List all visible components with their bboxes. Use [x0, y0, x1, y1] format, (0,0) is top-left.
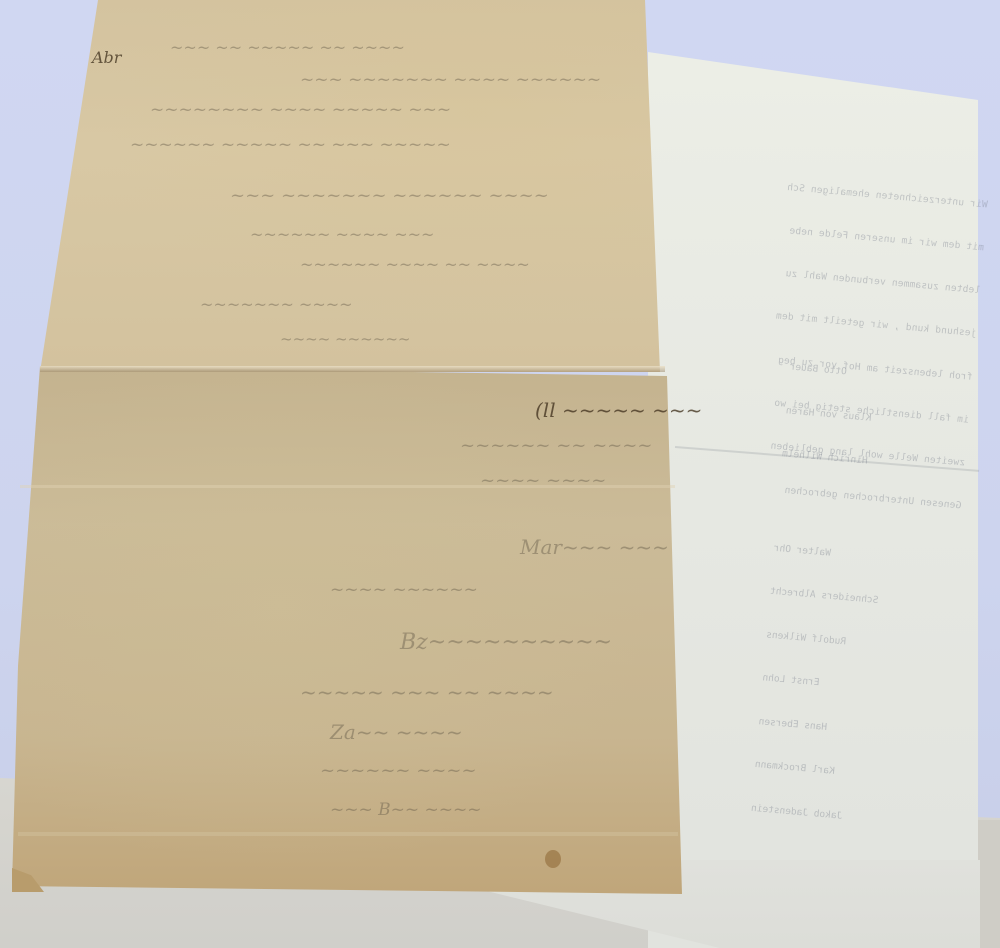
typed-name: Otto Bauer — [789, 360, 960, 389]
handwriting-line: Za~~ ~~~~ — [330, 720, 463, 744]
handwriting-line: ~~~~~~ ~~~~ ~~ ~~~~ — [300, 255, 530, 274]
names-gap — [777, 490, 948, 527]
handwriting-line: ~~~~~~~~ ~~~~ ~~~~~ ~~~ — [150, 100, 451, 120]
handwriting-line: ~~~~~ ~~~ ~~ ~~~~ — [300, 680, 554, 704]
handwriting-line: ~~~ B~~ ~~~~ — [330, 800, 482, 820]
handwriting-line: ~~~~~~~ ~~~~ — [200, 295, 353, 314]
handwriting-line: ~~~~~~ ~~~~ — [320, 760, 477, 781]
typed-line: lebten zusammen verbunden Wahl zu — [661, 257, 981, 299]
typed-name: Klaus von Haren — [785, 404, 956, 433]
handwriting-line: ~~~~~~ ~~~~ ~~~ — [250, 225, 434, 244]
typed-name: Ernst Lohn — [762, 671, 933, 700]
typed-name: Karl Brockmann — [754, 758, 925, 787]
handwriting-line: (ll ~~~~~ ~~~ — [535, 398, 702, 422]
typed-name: Schneiders Albrecht — [769, 585, 940, 614]
handwriting-line: ~~~~~~ ~~~~~ ~~ ~~~ ~~~~~ — [130, 135, 451, 155]
handwriting-line: Mar~~~ ~~~ — [520, 535, 669, 559]
handwriting-line: ~~~~~~ ~~ ~~~~ — [460, 435, 652, 456]
ink-stain — [545, 850, 561, 868]
horizontal-fold-crease — [40, 366, 665, 372]
fold-line — [18, 832, 678, 836]
typed-line: mit dem wir im unseren Felde nebe — [664, 214, 984, 256]
handwriting-line: ~~~~ ~~~~ — [480, 470, 606, 491]
typed-name: Jakob Jadenstein — [750, 801, 921, 830]
typed-name: Hans Ebersen — [758, 715, 929, 744]
handwriting-line: ~~~ ~~~~~~~ ~~~~ ~~~~~~ — [300, 70, 601, 90]
typed-name: Hinrich Wilhelm — [781, 447, 952, 476]
typed-name: Walter Ohr — [773, 541, 944, 570]
handwriting-line: Bz~~~~~~~~~~ — [400, 630, 612, 655]
handwriting-line: ~~~ ~~~~~~~ ~~~~~~ ~~~~ — [230, 185, 549, 206]
margin-note: Abr — [92, 48, 121, 67]
handwriting-line: ~~~~ ~~~~~~ — [280, 330, 410, 348]
handwriting-line: ~~~ ~~ ~~~~~ ~~ ~~~~ — [170, 38, 405, 57]
typed-name: Rudolf Wilkens — [766, 628, 937, 657]
typed-line: Wir unterzeichneten ehemaligen Sch — [668, 170, 988, 212]
photo-scene: Wir unterzeichneten ehemaligen Sch mit d… — [0, 0, 1000, 948]
handwriting-line: ~~~~ ~~~~~~ — [330, 580, 478, 600]
